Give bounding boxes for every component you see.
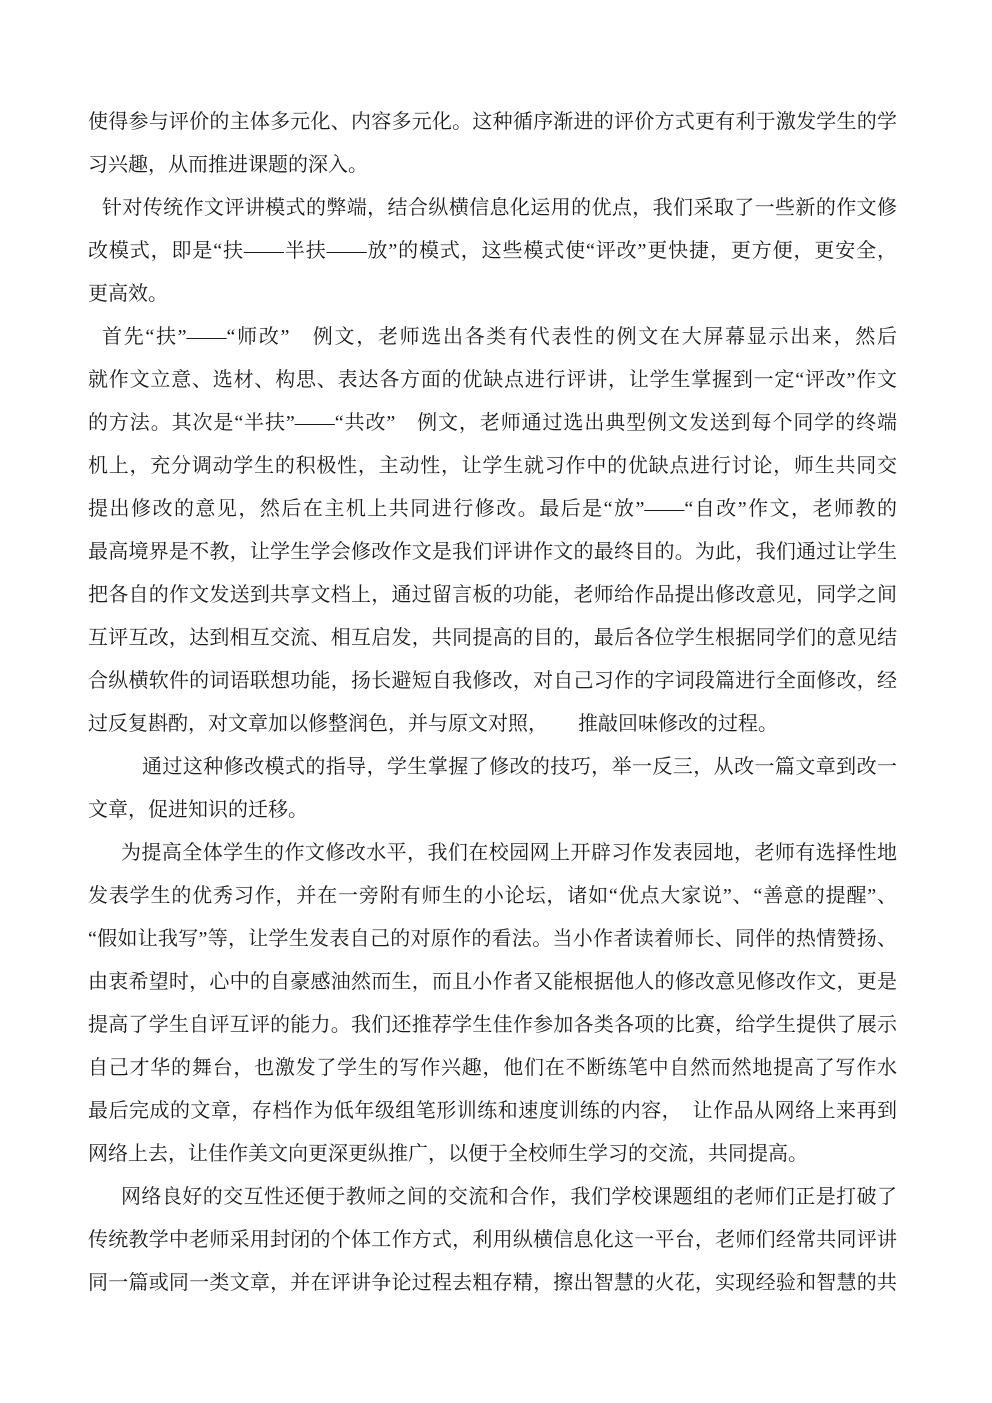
text-line: “假如让我写”等，让学生发表自己的对原作的看法。当小作者读着师长、同伴的热情赞扬… bbox=[88, 918, 897, 961]
paragraph: 网络良好的交互性还便于教师之间的交流和合作，我们学校课题组的老师们正是打破了传统… bbox=[88, 1176, 897, 1305]
text-line: 文章，促进知识的迁移。 bbox=[88, 789, 897, 832]
text-line: 为提高全体学生的作文修改水平，我们在校园网上开辟习作发表园地，老师有选择性地 bbox=[88, 832, 897, 875]
text-line: 自己才华的舞台，也激发了学生的写作兴趣，他们在不断练笔中自然而然地提高了写作水平… bbox=[88, 1047, 897, 1090]
text-line: 提高了学生自评互评的能力。我们还推荐学生佳作参加各类各项的比赛，给学生提供了展示 bbox=[88, 1004, 897, 1047]
text-line: 由衷希望时，心中的自豪感油然而生，而且小作者又能根据他人的修改意见修改作文，更是 bbox=[88, 961, 897, 1004]
document-page: 使得参与评价的主体多元化、内容多元化。这种循序渐进的评价方式更有利于激发学生的学… bbox=[0, 0, 992, 1403]
text-line: 把各自的作文发送到共享文档上，通过留言板的功能，老师给作品提出修改意见，同学之间 bbox=[88, 574, 897, 617]
text-line: 针对传统作文评讲模式的弊端，结合纵横信息化运用的优点，我们采取了一些新的作文修 bbox=[88, 187, 897, 230]
text-line: 习兴趣，从而推进课题的深入。 bbox=[88, 144, 897, 187]
text-line: 首先“扶”——“师改” 例文，老师选出各类有代表性的例文在大屏幕显示出来，然后 bbox=[88, 316, 897, 359]
text-line: 传统教学中老师采用封闭的个体工作方式，利用纵横信息化这一平台，老师们经常共同评讲 bbox=[88, 1219, 897, 1262]
text-line: 网络良好的交互性还便于教师之间的交流和合作，我们学校课题组的老师们正是打破了 bbox=[88, 1176, 897, 1219]
paragraph: 针对传统作文评讲模式的弊端，结合纵横信息化运用的优点，我们采取了一些新的作文修改… bbox=[88, 187, 897, 316]
text-line: 网络上去，让佳作美文向更深更纵推广，以便于全校师生学习的交流，共同提高。 bbox=[88, 1133, 897, 1176]
paragraph: 首先“扶”——“师改” 例文，老师选出各类有代表性的例文在大屏幕显示出来，然后就… bbox=[88, 316, 897, 746]
text-line: 就作文立意、选材、构思、表达各方面的优缺点进行评讲，让学生掌握到一定“评改”作文 bbox=[88, 359, 897, 402]
paragraph: 通过这种修改模式的指导，学生掌握了修改的技巧，举一反三，从改一篇文章到改一类文章… bbox=[88, 746, 897, 832]
text-line: 的方法。其次是“半扶”——“共改” 例文，老师通过选出典型例文发送到每个同学的终… bbox=[88, 402, 897, 445]
text-line: 同一篇或同一类文章，并在评讲争论过程去粗存精，擦出智慧的火花，实现经验和智慧的共 bbox=[88, 1262, 897, 1305]
document-body: 使得参与评价的主体多元化、内容多元化。这种循序渐进的评价方式更有利于激发学生的学… bbox=[88, 101, 897, 1305]
text-line: 通过这种修改模式的指导，学生掌握了修改的技巧，举一反三，从改一篇文章到改一类 bbox=[88, 746, 897, 789]
text-line: 互评互改，达到相互交流、相互启发，共同提高的目的，最后各位学生根据同学们的意见结 bbox=[88, 617, 897, 660]
text-line: 机上，充分调动学生的积极性，主动性，让学生就习作中的优缺点进行讨论，师生共同交流… bbox=[88, 445, 897, 488]
paragraph: 使得参与评价的主体多元化、内容多元化。这种循序渐进的评价方式更有利于激发学生的学… bbox=[88, 101, 897, 187]
text-line: 过反复斟酌，对文章加以修整润色，并与原文对照， 推敲回味修改的过程。 bbox=[88, 703, 897, 746]
text-line: 改模式，即是“扶——半扶——放”的模式，这些模式使“评改”更快捷，更方便，更安全… bbox=[88, 230, 897, 273]
text-line: 最高境界是不教，让学生学会修改作文是我们评讲作文的最终目的。为此，我们通过让学生 bbox=[88, 531, 897, 574]
text-line: 发表学生的优秀习作，并在一旁附有师生的小论坛，诸如“优点大家说”、“善意的提醒”… bbox=[88, 875, 897, 918]
text-line: 更高效。 bbox=[88, 273, 897, 316]
paragraph: 为提高全体学生的作文修改水平，我们在校园网上开辟习作发表园地，老师有选择性地发表… bbox=[88, 832, 897, 1176]
text-line: 合纵横软件的词语联想功能，扬长避短自我修改，对自己习作的字词段篇进行全面修改，经 bbox=[88, 660, 897, 703]
text-line: 最后完成的文章，存档作为低年级组笔形训练和速度训练的内容， 让作品从网络上来再到 bbox=[88, 1090, 897, 1133]
text-line: 提出修改的意见，然后在主机上共同进行修改。最后是“放”——“自改”作文，老师教的 bbox=[88, 488, 897, 531]
text-line: 使得参与评价的主体多元化、内容多元化。这种循序渐进的评价方式更有利于激发学生的学 bbox=[88, 101, 897, 144]
